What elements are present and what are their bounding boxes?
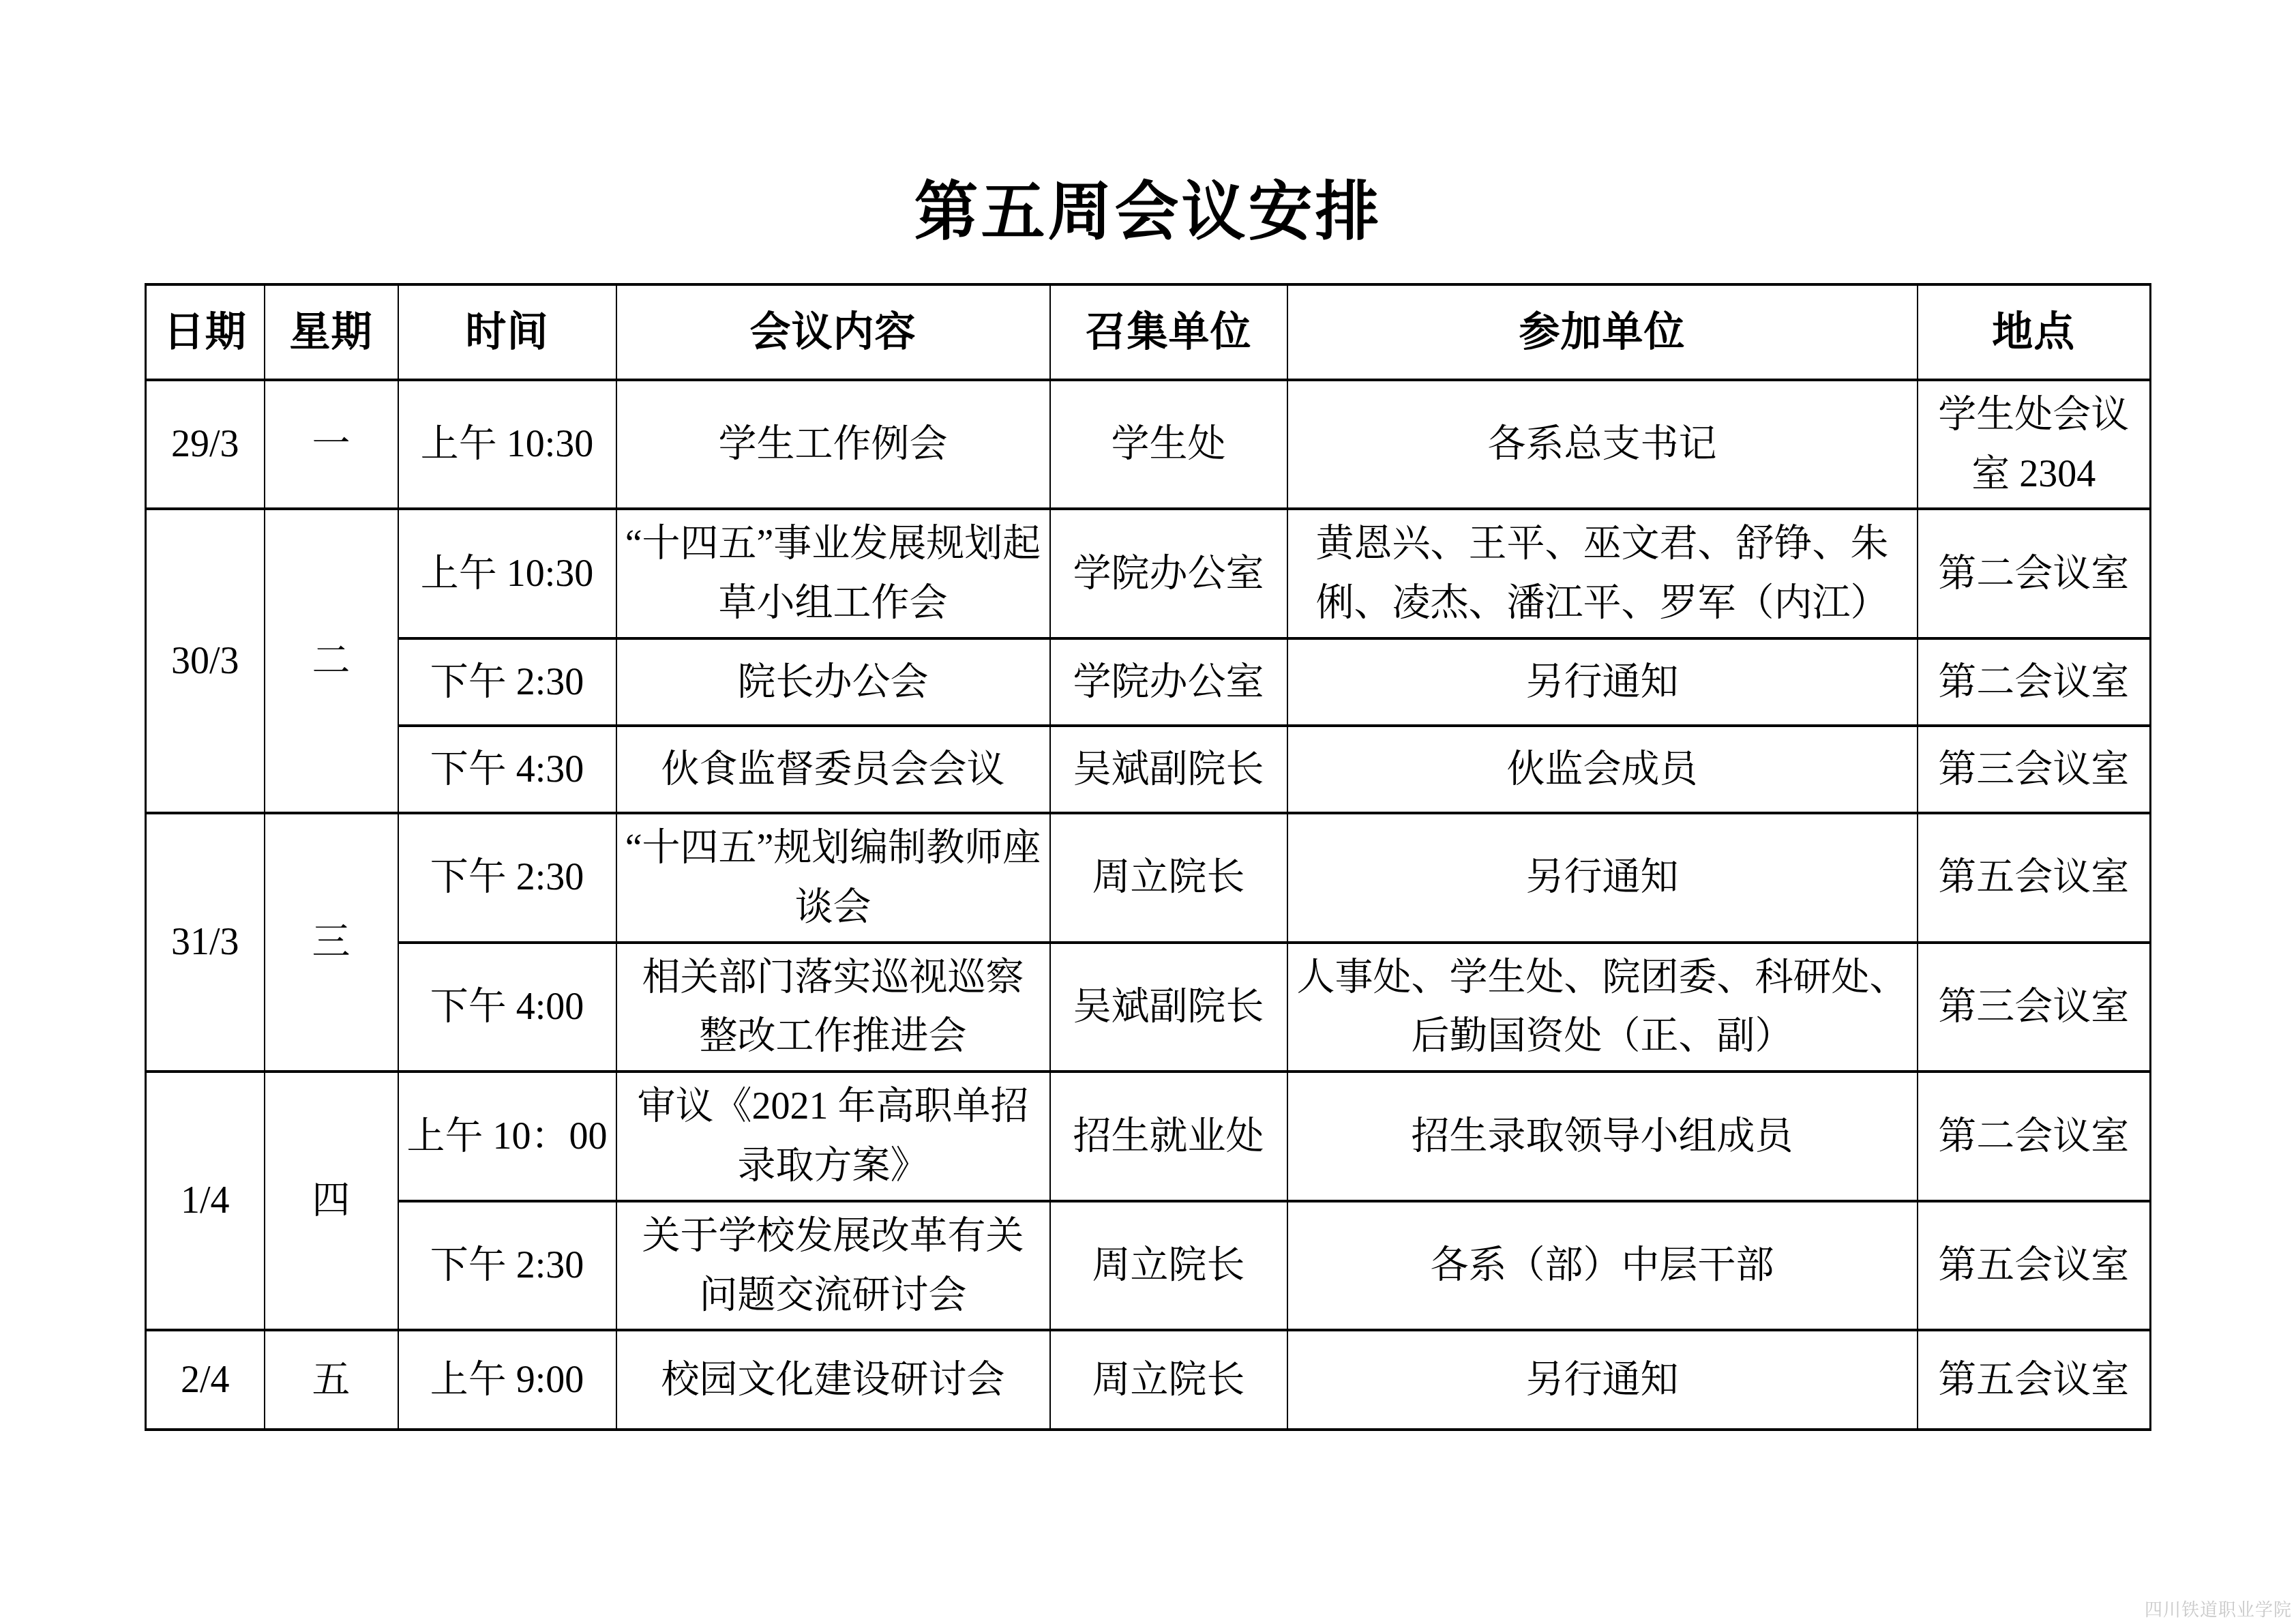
location-cell: 第三会议室	[1918, 726, 2151, 813]
convener-cell: 周立院长	[1050, 813, 1287, 943]
watermark: 四川铁道职业学院	[2145, 1596, 2292, 1621]
participants-cell: 各系（部）中层干部	[1287, 1201, 1918, 1331]
convener-cell: 学院办公室	[1050, 638, 1287, 726]
meeting-content-cell: “十四五”规划编制教师座谈会	[616, 813, 1050, 943]
location-cell: 第二会议室	[1918, 638, 2151, 726]
table-row: 下午 4:30 伙食监督委员会会议 吴斌副院长 伙监会成员 第三会议室	[146, 726, 2151, 813]
table-header-row: 日期 星期 时间 会议内容 召集单位 参加单位 地点	[146, 284, 2151, 380]
time-cell: 上午 9:00	[398, 1330, 616, 1430]
date-cell: 2/4	[146, 1330, 265, 1430]
convener-cell: 吴斌副院长	[1050, 943, 1287, 1072]
time-cell: 下午 2:30	[398, 638, 616, 726]
meeting-content-cell: 伙食监督委员会会议	[616, 726, 1050, 813]
participants-cell: 另行通知	[1287, 638, 1918, 726]
convener-cell: 学院办公室	[1050, 509, 1287, 638]
date-cell: 29/3	[146, 380, 265, 510]
location-cell: 第五会议室	[1918, 1201, 2151, 1331]
weekday-cell: 二	[265, 509, 398, 813]
weekday-cell: 五	[265, 1330, 398, 1430]
location-cell: 第五会议室	[1918, 1330, 2151, 1430]
location-cell: 第五会议室	[1918, 813, 2151, 943]
meeting-content-cell: 审议《2021 年高职单招录取方案》	[616, 1072, 1050, 1201]
time-cell: 下午 2:30	[398, 1201, 616, 1331]
time-cell: 上午 10:30	[398, 509, 616, 638]
meeting-content-cell: 相关部门落实巡视巡察整改工作推进会	[616, 943, 1050, 1072]
table-row: 1/4 四 上午 10：00 审议《2021 年高职单招录取方案》 招生就业处 …	[146, 1072, 2151, 1201]
header-date: 日期	[146, 284, 265, 380]
location-cell: 学生处会议室 2304	[1918, 380, 2151, 510]
header-location: 地点	[1918, 284, 2151, 380]
location-cell: 第二会议室	[1918, 509, 2151, 638]
meeting-content-cell: 学生工作例会	[616, 380, 1050, 510]
time-cell: 上午 10:30	[398, 380, 616, 510]
convener-cell: 学生处	[1050, 380, 1287, 510]
participants-cell: 招生录取领导小组成员	[1287, 1072, 1918, 1201]
header-convener: 召集单位	[1050, 284, 1287, 380]
weekday-cell: 三	[265, 813, 398, 1072]
meeting-content-cell: “十四五”事业发展规划起草小组工作会	[616, 509, 1050, 638]
table-row: 31/3 三 下午 2:30 “十四五”规划编制教师座谈会 周立院长 另行通知 …	[146, 813, 2151, 943]
table-row: 2/4 五 上午 9:00 校园文化建设研讨会 周立院长 另行通知 第五会议室	[146, 1330, 2151, 1430]
table-row: 下午 2:30 关于学校发展改革有关问题交流研讨会 周立院长 各系（部）中层干部…	[146, 1201, 2151, 1331]
participants-cell: 伙监会成员	[1287, 726, 1918, 813]
convener-cell: 招生就业处	[1050, 1072, 1287, 1201]
meeting-content-cell: 院长办公会	[616, 638, 1050, 726]
time-cell: 上午 10：00	[398, 1072, 616, 1201]
participants-cell: 另行通知	[1287, 1330, 1918, 1430]
date-cell: 31/3	[146, 813, 265, 1072]
header-participants: 参加单位	[1287, 284, 1918, 380]
weekday-cell: 一	[265, 380, 398, 510]
header-time: 时间	[398, 284, 616, 380]
header-content: 会议内容	[616, 284, 1050, 380]
participants-cell: 黄恩兴、王平、巫文君、舒铮、朱俐、凌杰、潘江平、罗军（内江）	[1287, 509, 1918, 638]
participants-cell: 人事处、学生处、院团委、科研处、后勤国资处（正、副）	[1287, 943, 1918, 1072]
location-cell: 第二会议室	[1918, 1072, 2151, 1201]
time-cell: 下午 2:30	[398, 813, 616, 943]
convener-cell: 周立院长	[1050, 1330, 1287, 1430]
time-cell: 下午 4:30	[398, 726, 616, 813]
date-cell: 30/3	[146, 509, 265, 813]
participants-cell: 另行通知	[1287, 813, 1918, 943]
page-title: 第五周会议安排	[0, 0, 2296, 252]
meeting-schedule-table: 日期 星期 时间 会议内容 召集单位 参加单位 地点 29/3 一 上午 10:…	[145, 283, 2151, 1432]
meeting-content-cell: 校园文化建设研讨会	[616, 1330, 1050, 1430]
table-row: 30/3 二 上午 10:30 “十四五”事业发展规划起草小组工作会 学院办公室…	[146, 509, 2151, 638]
table-row: 下午 2:30 院长办公会 学院办公室 另行通知 第二会议室	[146, 638, 2151, 726]
time-cell: 下午 4:00	[398, 943, 616, 1072]
location-cell: 第三会议室	[1918, 943, 2151, 1072]
table-row: 下午 4:00 相关部门落实巡视巡察整改工作推进会 吴斌副院长 人事处、学生处、…	[146, 943, 2151, 1072]
table-row: 29/3 一 上午 10:30 学生工作例会 学生处 各系总支书记 学生处会议室…	[146, 380, 2151, 510]
convener-cell: 吴斌副院长	[1050, 726, 1287, 813]
header-weekday: 星期	[265, 284, 398, 380]
document-page: 第五周会议安排 日期 星期 时间 会议内容 召集单位 参加单位 地点 29/3 …	[0, 0, 2296, 1624]
participants-cell: 各系总支书记	[1287, 380, 1918, 510]
convener-cell: 周立院长	[1050, 1201, 1287, 1331]
date-cell: 1/4	[146, 1072, 265, 1330]
meeting-content-cell: 关于学校发展改革有关问题交流研讨会	[616, 1201, 1050, 1331]
weekday-cell: 四	[265, 1072, 398, 1330]
